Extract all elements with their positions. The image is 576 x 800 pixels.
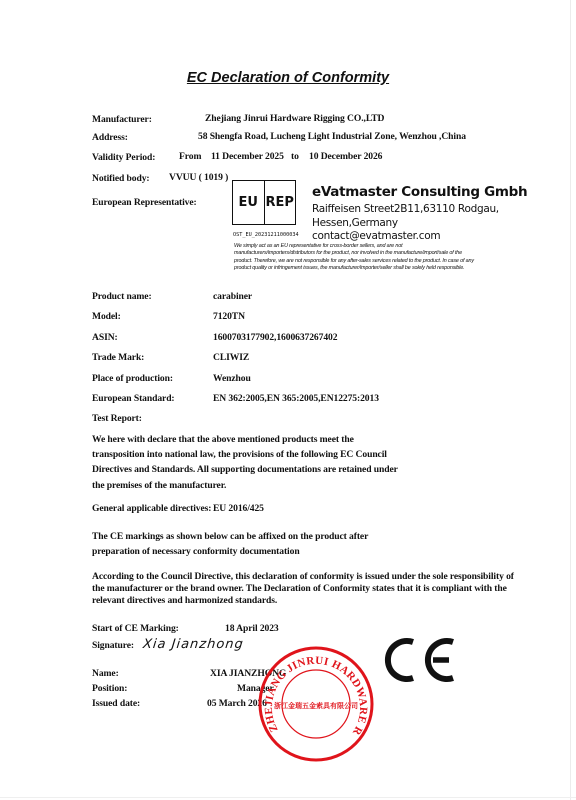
- paragraph-line: Directives and Standards. All supporting…: [92, 464, 398, 475]
- company-stamp-icon: ZHEJIANG JINRUI HARDWARE RIGGING CO.,LTD…: [256, 644, 376, 764]
- validity-to-label: to: [291, 151, 299, 162]
- eu-rep-badge: EU REP: [232, 180, 296, 225]
- eu-badge-text: EU: [233, 181, 264, 224]
- manufacturer-value: Zhejiang Jinrui Hardware Rigging CO.,LTD: [205, 113, 384, 124]
- validity-from-date: 11 December 2025: [211, 151, 284, 162]
- product-field-value: EN 362:2005,EN 365:2005,EN12275:2013: [213, 393, 379, 404]
- product-field-label: ASIN:: [92, 332, 118, 343]
- signature-label: Signature:: [92, 640, 134, 651]
- product-field-value: 7120TN: [213, 311, 245, 322]
- product-field-label: European Standard:: [92, 393, 175, 404]
- paragraph-line: relevant directives and harmonized stand…: [92, 595, 277, 606]
- product-field-value: carabiner: [213, 291, 252, 302]
- paragraph-line: preparation of necessary conformity docu…: [92, 546, 300, 557]
- eu-rep-address-line2: Hessen,Germany: [312, 217, 398, 229]
- eu-rep-disclaimer: We simply act as an EU representative fo…: [234, 243, 474, 273]
- issued-date-label: Issued date:: [92, 698, 140, 709]
- name-label: Name:: [92, 668, 119, 679]
- paragraph-line: the manufacturer or the brand owner. The…: [92, 583, 507, 594]
- product-field-label: Model:: [92, 311, 121, 322]
- product-field-label: Product name:: [92, 291, 152, 302]
- eu-rep-email: contact@evatmaster.com: [312, 230, 440, 242]
- svg-text:浙江金瑞五金索具有限公司: 浙江金瑞五金索具有限公司: [274, 701, 358, 710]
- page-title: EC Declaration of Conformity: [0, 70, 576, 86]
- paragraph-line: According to the Council Directive, this…: [92, 571, 514, 582]
- eu-rep-code: OST_EU_20231211000034: [233, 232, 299, 238]
- product-field-value: CLIWIZ: [213, 352, 249, 363]
- product-field-label: Place of production:: [92, 373, 173, 384]
- start-ce-value: 18 April 2023: [225, 623, 279, 634]
- directives-label: General applicable directives:: [92, 503, 211, 514]
- paragraph-line: The CE markings as shown below can be af…: [92, 531, 368, 542]
- position-label: Position:: [92, 683, 127, 694]
- product-field-value: Wenzhou: [213, 373, 251, 384]
- paragraph-line: transposition into national law, the pro…: [92, 449, 387, 460]
- ce-mark-icon: [383, 636, 459, 684]
- notified-body-label: Notified body:: [92, 173, 150, 184]
- eu-rep-company: eVatmaster Consulting Gmbh: [312, 184, 527, 200]
- page-edge: [570, 0, 571, 800]
- signature: Xia Jianzhong: [142, 637, 244, 652]
- address-label: Address:: [92, 132, 128, 143]
- validity-from-label: From: [179, 151, 201, 162]
- address-value: 58 Shengfa Road, Lucheng Light Industria…: [198, 131, 466, 142]
- notified-body-value: VVUU ( 1019 ): [169, 172, 228, 183]
- paragraph-line: the premises of the manufacturer.: [92, 480, 226, 491]
- validity-label: Validity Period:: [92, 152, 155, 163]
- start-ce-label: Start of CE Marking:: [92, 623, 179, 634]
- eu-rep-address-line1: Raiffeisen Street2B11,63110 Rodgau,: [312, 203, 499, 215]
- manufacturer-label: Manufacturer:: [92, 114, 152, 125]
- validity-to-date: 10 December 2026: [309, 151, 382, 162]
- svg-text:ZHEJIANG JINRUI HARDWARE RIGGI: ZHEJIANG JINRUI HARDWARE RIGGING CO.,LTD: [256, 644, 369, 738]
- page-edge: [0, 797, 576, 798]
- rep-badge-text: REP: [264, 181, 296, 224]
- product-field-label: Trade Mark:: [92, 352, 144, 363]
- directives-value: EU 2016/425: [213, 503, 264, 514]
- eu-rep-label: European Representative:: [92, 197, 197, 208]
- product-field-label: Test Report:: [92, 413, 142, 424]
- paragraph-line: We here with declare that the above ment…: [92, 434, 354, 445]
- product-field-value: 1600703177902,1600637267402: [213, 332, 337, 343]
